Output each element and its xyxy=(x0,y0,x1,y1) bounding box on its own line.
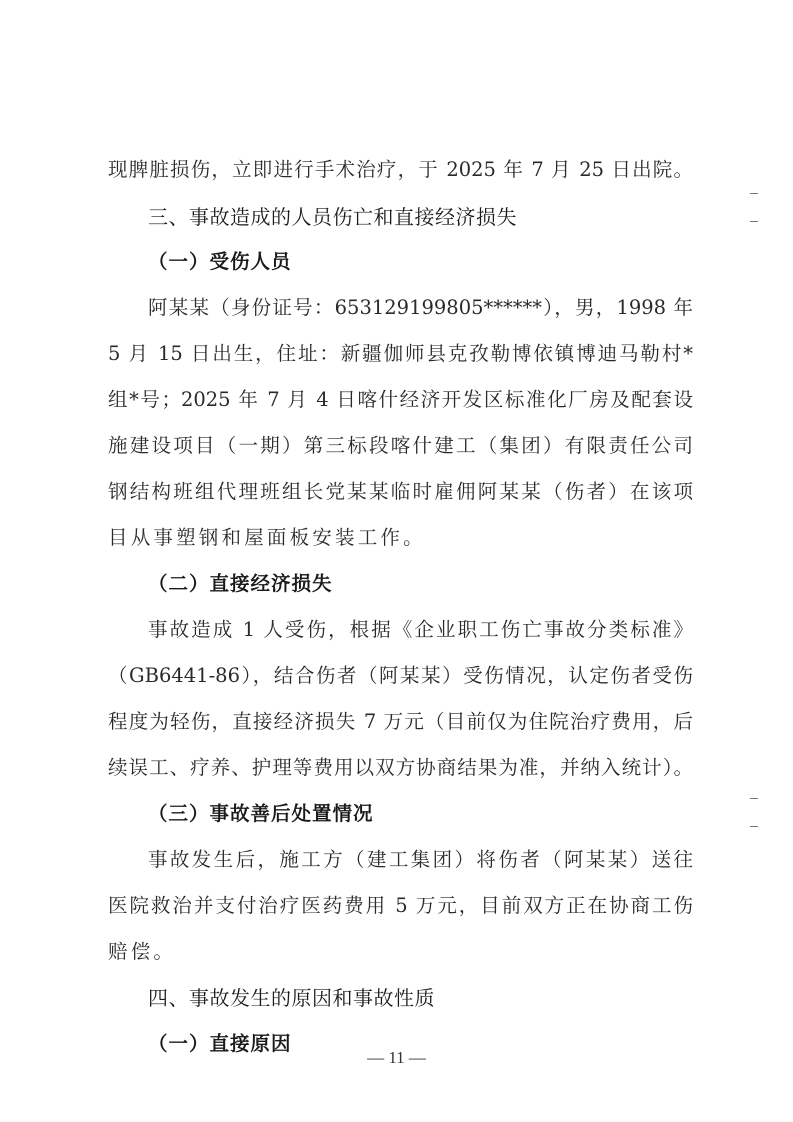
body-line: 事故造成 1 人受伤，根据《企业职工伤亡事故分类标准》 xyxy=(148,618,693,642)
subsection-heading: （二）直接经济损失 xyxy=(148,572,693,596)
body-line: 施建设项目（一期）第三标段喀什建工（集团）有限责任公司 xyxy=(108,434,693,458)
body-line: 5 月 15 日出生，住址：新疆伽师县克孜勒博依镇博迪马勒村* xyxy=(108,342,693,366)
body-line: 阿某某（身份证号：653129199805******），男，1998 年 xyxy=(148,296,693,320)
body-line: 钢结构班组代理班组长党某某临时雇佣阿某某（伤者）在该项 xyxy=(108,480,693,504)
binding-mark xyxy=(750,826,758,827)
binding-mark xyxy=(750,798,758,799)
page-number: — 11 — xyxy=(0,1048,793,1068)
body-line: 赔偿。 xyxy=(108,940,693,964)
body-line: 续误工、疗养、护理等费用以双方协商结果为准，并纳入统计）。 xyxy=(108,756,693,780)
body-line: 组*号；2025 年 7 月 4 日喀什经济开发区标准化厂房及配套设 xyxy=(108,388,693,412)
body-line: 目从事塑钢和屋面板安装工作。 xyxy=(108,526,693,550)
binding-mark xyxy=(750,221,758,222)
subsection-heading: （一）受伤人员 xyxy=(148,250,693,274)
body-line: 事故发生后，施工方（建工集团）将伤者（阿某某）送往 xyxy=(148,848,693,872)
body-line: 现脾脏损伤，立即进行手术治疗，于 2025 年 7 月 25 日出院。 xyxy=(108,158,693,182)
section-heading: 三、事故造成的人员伤亡和直接经济损失 xyxy=(148,205,693,229)
document-page: 现脾脏损伤，立即进行手术治疗，于 2025 年 7 月 25 日出院。 三、事故… xyxy=(0,0,793,1122)
section-heading: 四、事故发生的原因和事故性质 xyxy=(148,986,693,1010)
body-line: （GB6441-86），结合伤者（阿某某）受伤情况，认定伤者受伤 xyxy=(108,664,693,688)
body-line: 程度为轻伤，直接经济损失 7 万元（目前仅为住院治疗费用，后 xyxy=(108,710,693,734)
subsection-heading: （三）事故善后处置情况 xyxy=(148,802,693,826)
binding-mark xyxy=(750,193,758,194)
body-line: 医院救治并支付治疗医药费用 5 万元，目前双方正在协商工伤 xyxy=(108,894,693,918)
